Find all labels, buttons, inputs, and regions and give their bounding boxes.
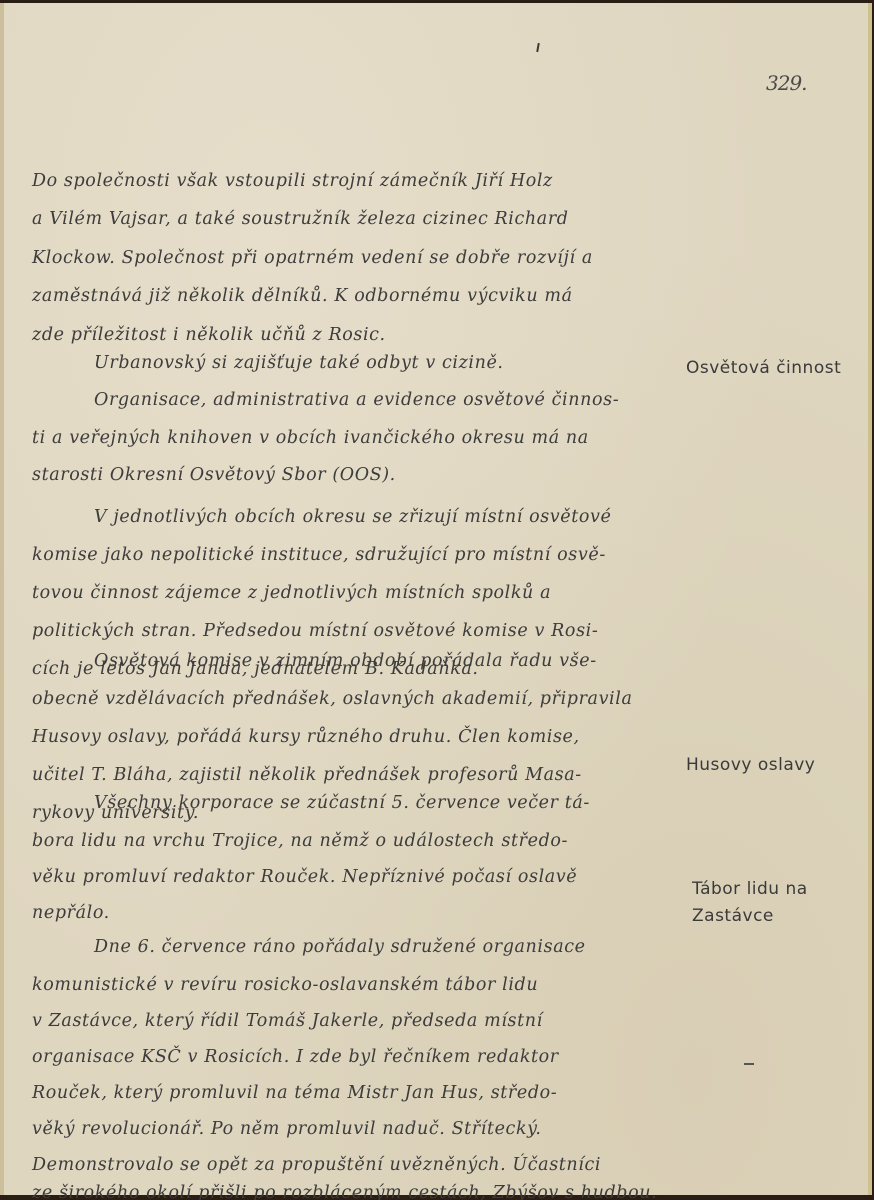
text-line: obecně vzdělávacích přednášek, oslavných… [32,689,632,709]
ink-mark [536,43,540,52]
margin-note: Tábor lidu na [692,879,808,899]
margin-dash [744,1063,754,1065]
text-line: Do společnosti však vstoupili strojní zá… [32,171,553,191]
text-line: Dne 6. července ráno pořádaly sdružené o… [94,937,586,957]
text-line: věký revolucionář. Po něm promluvil nadu… [32,1119,541,1139]
text-line: v Zastávce, který řídil Tomáš Jakerle, p… [32,1011,543,1031]
text-line: komise jako nepolitické instituce, sdruž… [32,545,606,565]
text-line: tovou činnost zájemce z jednotlivých mís… [32,583,551,603]
margin-note: Osvětová činnost [686,358,841,378]
text-line: nepřálo. [32,903,110,923]
text-line: politických stran. Předsedou místní osvě… [32,621,598,641]
text-line: ze širokého okolí přišli po rozbláceným … [32,1183,657,1200]
text-line: komunistické v revíru rosicko-oslavanské… [32,975,538,995]
text-line: bora lidu na vrchu Trojice, na němž o ud… [32,831,568,851]
text-line: organisace KSČ v Rosicích. I zde byl řeč… [32,1047,559,1067]
text-line: starosti Okresní Osvětový Sbor (OOS). [32,465,396,485]
text-line: V jednotlivých obcích okresu se zřizují … [94,507,611,527]
text-line: Husovy oslavy, pořádá kursy různého druh… [32,727,580,747]
text-line: Demonstrovalo se opět za propuštění uvěz… [32,1155,601,1175]
page-number: 329. [766,71,807,95]
margin-note: Zastávce [692,906,774,926]
text-line: zde příležitost i několik učňů z Rosic. [32,325,386,345]
ledger-page: 329. Do společnosti však vstoupili stroj… [0,3,872,1195]
text-line: učitel T. Bláha, zajistil několik předná… [32,765,582,785]
text-line: Osvětová komise v zimním období pořádala… [94,651,597,671]
text-line: věku promluví redaktor Rouček. Nepřízniv… [32,867,577,887]
text-line: Rouček, který promluvil na téma Mistr Ja… [32,1083,557,1103]
text-line: Urbanovský si zajišťuje také odbyt v ciz… [94,353,504,373]
text-line: Všechny korporace se zúčastní 5. červenc… [94,793,590,813]
text-line: Organisace, administrativa a evidence os… [94,390,619,410]
text-line: zaměstnává již několik dělníků. K odborn… [32,286,573,306]
text-line: Klockow. Společnost při opatrném vedení … [32,248,593,268]
text-line: ti a veřejných knihoven v obcích ivančic… [32,428,589,448]
margin-note: Husovy oslavy [686,755,815,775]
text-line: a Vilém Vajsar, a také soustružník želez… [32,209,569,229]
